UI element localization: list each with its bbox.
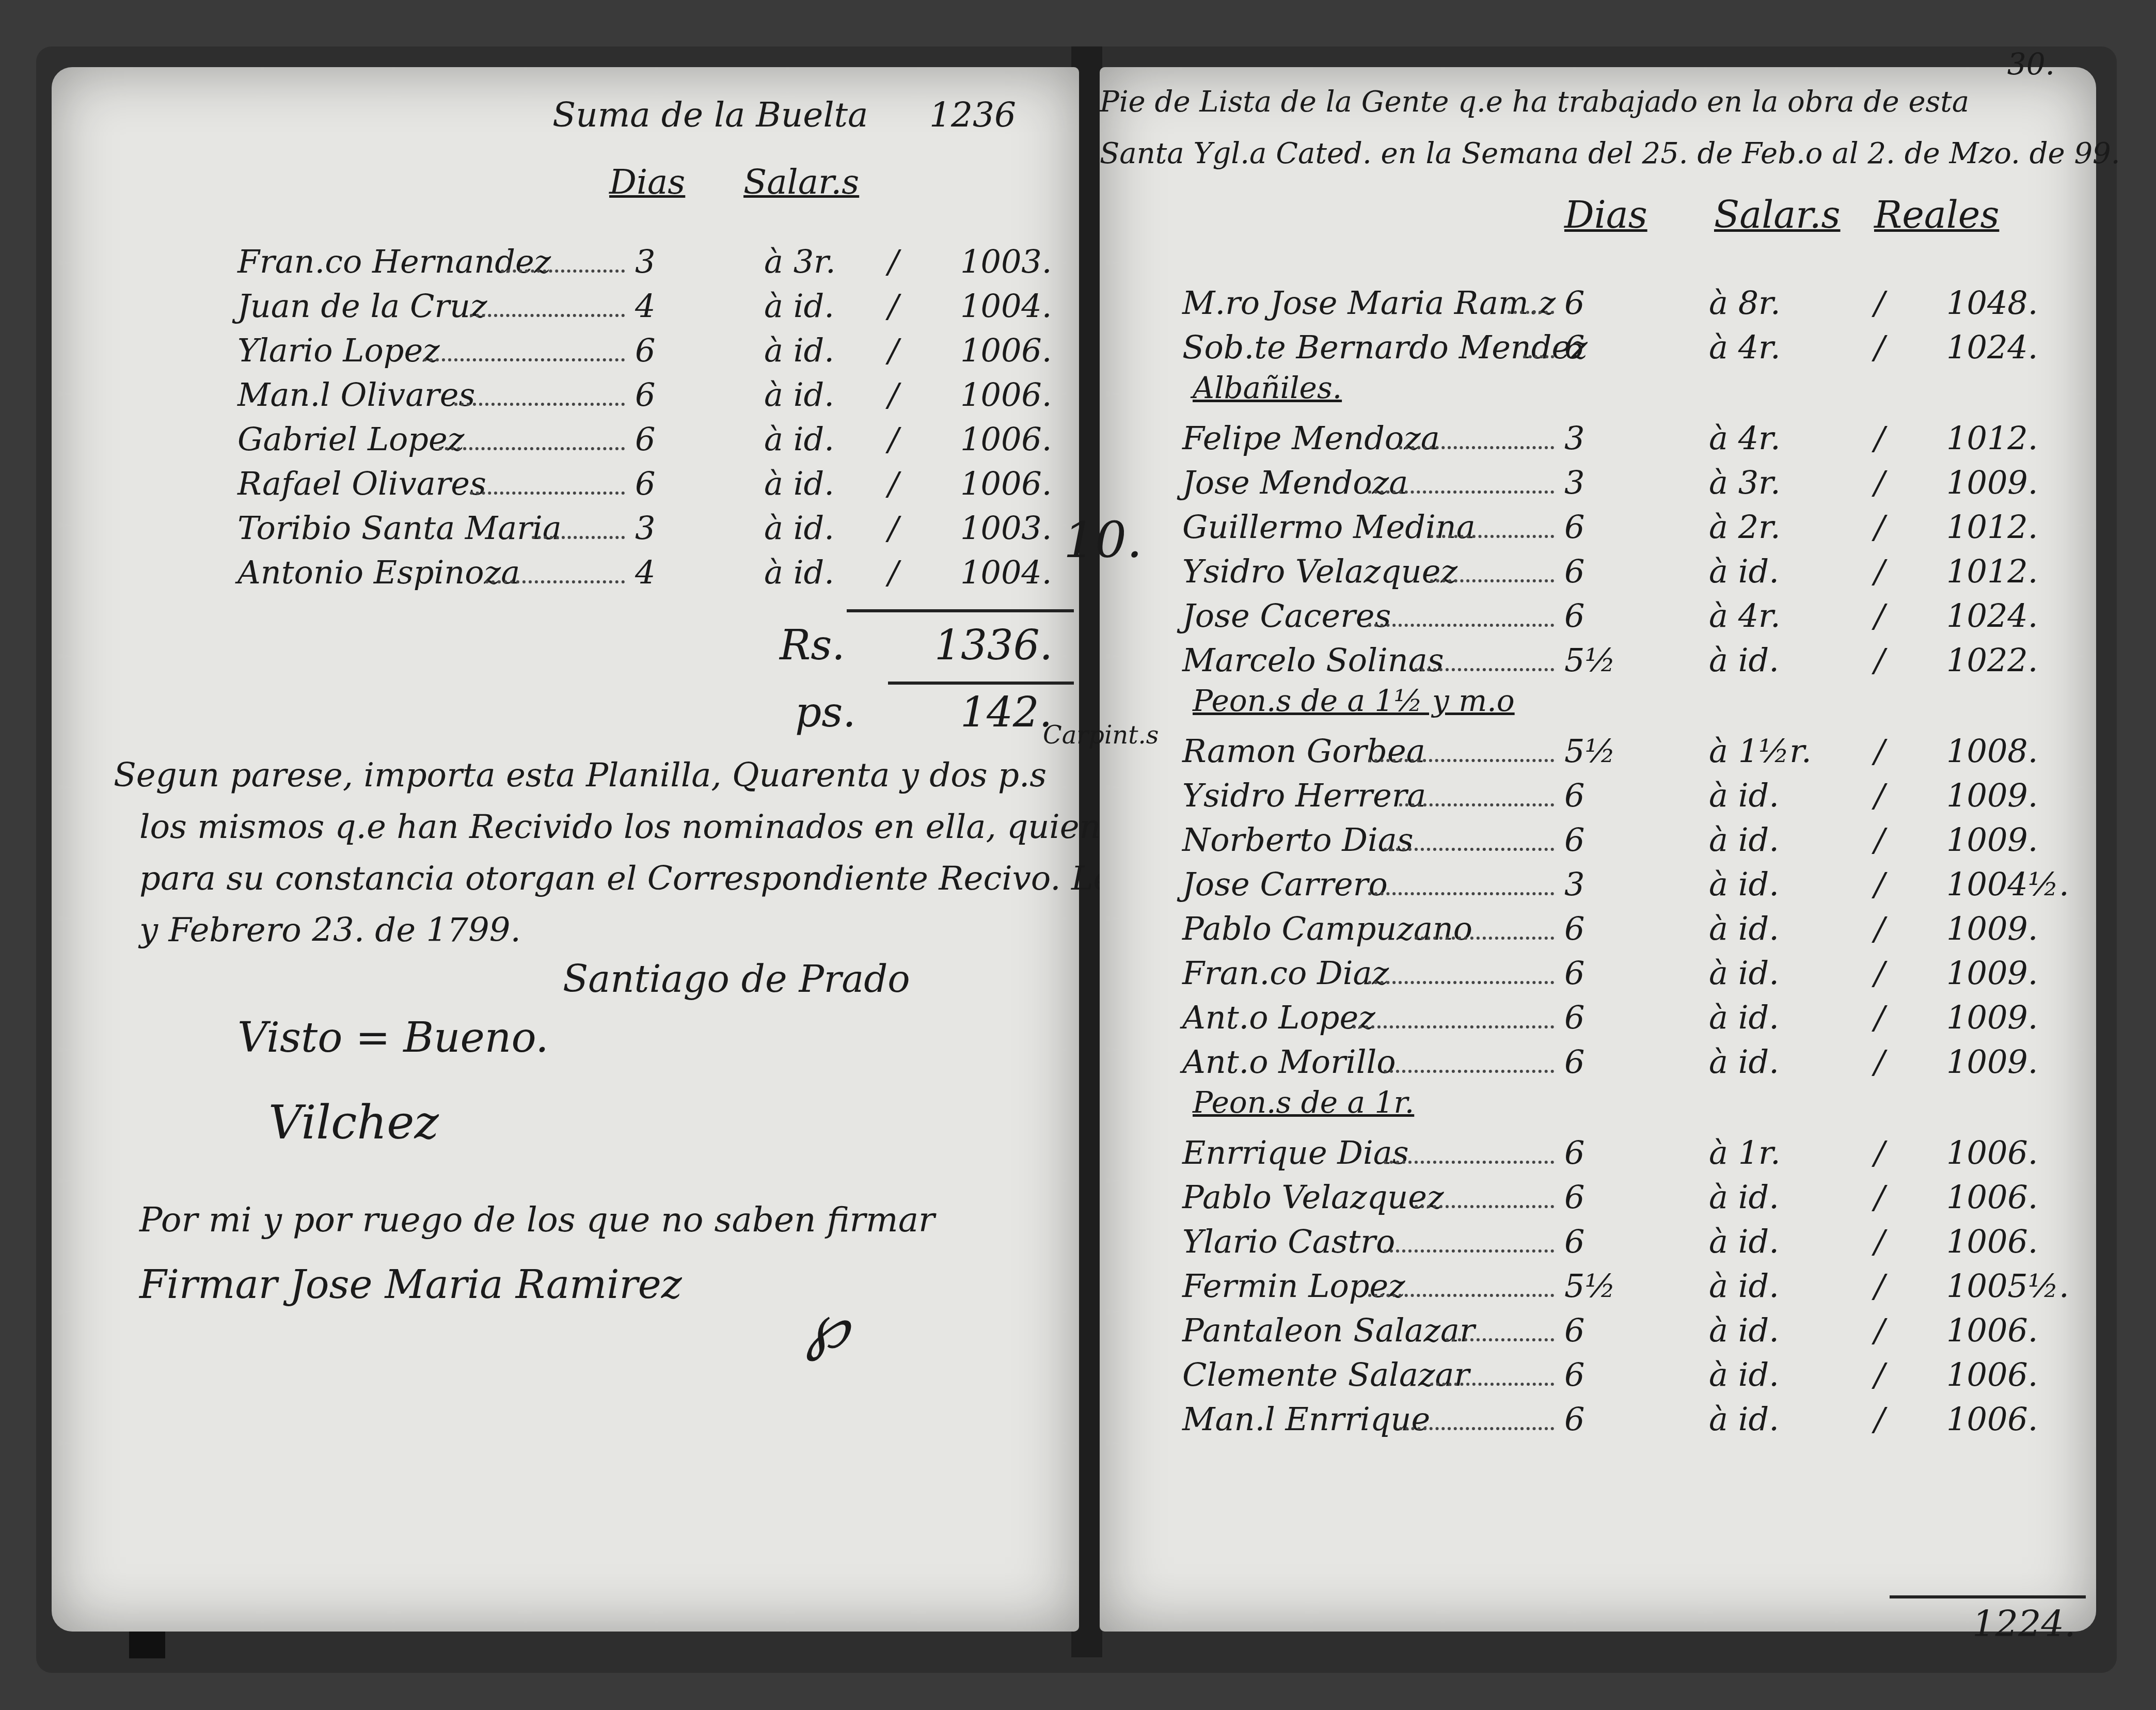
worker-name: Antonio Espinoza: [237, 553, 520, 591]
daily-wage: à id.: [1709, 821, 1779, 859]
peso-sign-icon: /: [1874, 552, 1885, 590]
amount-reales: 1009.: [1946, 464, 2038, 501]
peso-sign-icon: /: [1874, 464, 1885, 501]
page-number: 30.: [2007, 46, 2055, 82]
peso-sign-icon: /: [1874, 284, 1885, 322]
days-worked: 5½: [1564, 1267, 1616, 1305]
attestation-line-2: Firmar Jose Maria Ramirez: [139, 1265, 682, 1304]
amount-reales: 1022.: [1946, 641, 2038, 679]
peso-sign-icon: /: [1874, 821, 1885, 859]
ledger-row: Gabriel Lopez6à id.1006./: [52, 420, 1079, 462]
signature-vilchez: Vilchez: [268, 1100, 439, 1146]
amount-reales: 1006.: [1946, 1223, 2038, 1260]
days-worked: 5½: [1564, 732, 1616, 770]
dotted-leader: [1430, 535, 1554, 538]
peso-sign-icon: /: [1874, 1311, 1885, 1349]
ledger-row: Fermin Lopez5½à id.1005½./: [1100, 1267, 2096, 1308]
attestation-line-1: Por mi y por ruego de los que no saben f…: [139, 1203, 935, 1237]
ledger-row: Toribio Santa Maria3à id.1003./: [52, 509, 1079, 550]
dotted-leader: [1523, 355, 1554, 358]
approval-visto-bueno: Visto = Bueno.: [237, 1017, 549, 1058]
days-worked: 6: [1564, 284, 1584, 322]
amount-reales: 1009.: [1946, 821, 2038, 859]
statement-line-3: para su constancia otorgan el Correspond…: [139, 862, 1154, 895]
daily-wage: à id.: [1709, 910, 1779, 947]
carried-total-value: 1236: [929, 98, 1016, 132]
right-page: 30. Pie de Lista de la Gente q.e ha trab…: [1100, 67, 2096, 1632]
peso-sign-icon: /: [1874, 1043, 1885, 1081]
peso-sign-icon: /: [1874, 999, 1885, 1036]
worker-name: Marcelo Solinas: [1182, 641, 1444, 679]
ledger-row: Felipe Mendoza3à 4r.1012./: [1100, 419, 2096, 461]
peso-sign-icon: /: [1874, 865, 1885, 903]
dotted-leader: [1415, 1205, 1554, 1208]
days-worked: 6: [1564, 552, 1584, 590]
worker-name: Juan de la Cruz: [237, 287, 487, 325]
dotted-leader: [1446, 1338, 1554, 1341]
worker-name: Ysidro Velazquez: [1182, 552, 1457, 590]
ledger-row: M.ro Jose Maria Ram.z6à 8r.1048./: [1100, 284, 2096, 325]
amount-reales: 1005½.: [1946, 1267, 2069, 1305]
days-worked: 6: [1564, 328, 1584, 366]
ledger-row: Pablo Velazquez6à id.1006./: [1100, 1178, 2096, 1220]
daily-wage: à id.: [1709, 641, 1779, 679]
amount-reales: 1006.: [960, 465, 1052, 502]
heading-line-2: Santa Ygl.a Cated. en la Semana del 25. …: [1100, 139, 2120, 168]
amount-reales: 1006.: [1946, 1311, 2038, 1349]
ledger-row: Ant.o Morillo6à id.1009./: [1100, 1043, 2096, 1084]
worker-name: Fran.co Hernandez: [237, 243, 551, 280]
dotted-leader: [1415, 668, 1554, 671]
daily-wage: à id.: [1709, 777, 1779, 814]
days-worked: 6: [1564, 954, 1584, 992]
peso-sign-icon: /: [888, 420, 899, 458]
days-worked: 6: [1564, 508, 1584, 546]
amount-reales: 1008.: [1946, 732, 2038, 770]
amount-reales: 1004.: [960, 553, 1052, 591]
daily-wage: à 4r.: [1709, 597, 1781, 635]
peso-sign-icon: /: [888, 243, 899, 280]
sum-rule: [847, 609, 1074, 612]
daily-wage: à id.: [1709, 1400, 1779, 1438]
dotted-leader: [1368, 490, 1554, 494]
dotted-leader: [1384, 1249, 1554, 1253]
daily-wage: à id.: [1709, 865, 1779, 903]
peso-sign-icon: /: [1874, 641, 1885, 679]
worker-name: Enrrique Dias: [1182, 1134, 1409, 1171]
ledger-row: Jose Mendoza3à 3r.1009./: [1100, 464, 2096, 505]
column-header-salarios: Salar.s: [1714, 196, 1841, 233]
daily-wage: à id.: [1709, 999, 1779, 1036]
worker-name: Man.l Enrrique: [1182, 1400, 1430, 1438]
days-worked: 3: [1564, 419, 1584, 457]
worker-name: Gabriel Lopez: [237, 420, 464, 458]
dotted-leader: [1508, 311, 1554, 314]
peso-sign-icon: /: [1874, 1267, 1885, 1305]
section-heading: Peon.s de a 1½ y m.o: [1193, 686, 1515, 716]
ledger-row: Rafael Olivares6à id.1006./: [52, 465, 1079, 506]
amount-reales: 1048.: [1946, 284, 2038, 322]
dotted-leader: [1430, 579, 1554, 582]
days-worked: 6: [635, 331, 655, 369]
page-total-rule: [1890, 1595, 2086, 1598]
ledger-row: Ysidro Velazquez6à id.1012./: [1100, 552, 2096, 594]
column-header-dias: Dias: [1564, 196, 1647, 233]
ledger-row: Ylario Castro6à id.1006./: [1100, 1223, 2096, 1264]
ledger-row: Enrrique Dias6à 1r.1006./: [1100, 1134, 2096, 1175]
peso-sign-icon: /: [888, 287, 899, 325]
days-worked: 6: [635, 420, 655, 458]
carried-total-label: Suma de la Buelta: [552, 98, 868, 132]
amount-reales: 1009.: [1946, 999, 2038, 1036]
dotted-leader: [1399, 803, 1554, 806]
worker-name: Ysidro Herrera: [1182, 777, 1426, 814]
left-page: Suma de la Buelta 1236 Dias Salar.s Fran…: [52, 67, 1079, 1632]
peso-sign-icon: /: [888, 331, 899, 369]
amount-reales: 1009.: [1946, 1043, 2038, 1081]
statement-line-2: los mismos q.e han Recivido los nominado…: [139, 811, 1137, 844]
worker-name: Fran.co Diaz: [1182, 954, 1389, 992]
amount-reales: 1006.: [1946, 1134, 2038, 1171]
ledger-row: Fran.co Hernandez3à 3r.1003./: [52, 243, 1079, 284]
worker-name: Jose Mendoza: [1182, 464, 1408, 501]
dotted-leader: [1368, 1294, 1554, 1297]
daily-wage: à id.: [1709, 1178, 1779, 1216]
amount-reales: 1009.: [1946, 910, 2038, 947]
peso-sign-icon: /: [1874, 1400, 1885, 1438]
days-worked: 4: [635, 287, 655, 325]
amount-reales: 1003.: [960, 243, 1052, 280]
amount-reales: 1006.: [1946, 1178, 2038, 1216]
days-worked: 6: [1564, 1223, 1584, 1260]
worker-name: Man.l Olivares: [237, 376, 475, 414]
worker-name: Sob.te Bernardo Mendez: [1182, 328, 1588, 366]
daily-wage: à 4r.: [1709, 419, 1781, 457]
amount-reales: 1024.: [1946, 597, 2038, 635]
peso-sign-icon: /: [1874, 1223, 1885, 1260]
peso-sign-icon: /: [1874, 732, 1885, 770]
dotted-leader: [1384, 1161, 1554, 1164]
total-reales: 1336.: [934, 625, 1053, 666]
column-header-dias: Dias: [609, 165, 685, 199]
dotted-leader: [1353, 1025, 1554, 1028]
days-worked: 3: [1564, 865, 1584, 903]
dotted-leader: [1384, 848, 1554, 851]
amount-reales: 1012.: [1946, 508, 2038, 546]
amount-reales: 1006.: [960, 376, 1052, 414]
dotted-leader: [470, 314, 625, 317]
days-worked: 3: [635, 243, 655, 280]
worker-name: Ant.o Morillo: [1182, 1043, 1396, 1081]
ledger-row: Marcelo Solinas5½à id.1022./: [1100, 641, 2096, 683]
dotted-leader: [1368, 981, 1554, 984]
worker-name: Pablo Campuzano: [1182, 910, 1472, 947]
worker-name: Guillermo Medina: [1182, 508, 1476, 546]
worker-name: Rafael Olivares: [237, 465, 486, 502]
worker-name: M.ro Jose Maria Ram.z: [1182, 284, 1556, 322]
days-worked: 6: [1564, 1043, 1584, 1081]
days-worked: 6: [635, 465, 655, 502]
days-worked: 5½: [1564, 641, 1616, 679]
amount-reales: 1006.: [1946, 1400, 2038, 1438]
column-header-reales: Reales: [1874, 196, 1999, 233]
daily-wage: à id.: [1709, 1043, 1779, 1081]
daily-wage: à id.: [1709, 1223, 1779, 1260]
total-pesos: 142.: [960, 692, 1052, 733]
daily-wage: à id.: [764, 465, 834, 502]
worker-name: Pantaleon Salazar: [1182, 1311, 1475, 1349]
amount-reales: 1009.: [1946, 954, 2038, 992]
amount-reales: 1006.: [960, 420, 1052, 458]
peso-sign-icon: /: [1874, 1134, 1885, 1171]
daily-wage: à id.: [764, 420, 834, 458]
ledger-row: Fran.co Diaz6à id.1009./: [1100, 954, 2096, 995]
days-worked: 6: [635, 376, 655, 414]
ledger-row: Antonio Espinoza4à id.1004./: [52, 553, 1079, 595]
daily-wage: à 1½r.: [1709, 732, 1812, 770]
daily-wage: à id.: [764, 509, 834, 547]
amount-reales: 1006.: [1946, 1356, 2038, 1394]
amount-reales: 1006.: [960, 331, 1052, 369]
days-worked: 6: [1564, 910, 1584, 947]
days-worked: 6: [1564, 999, 1584, 1036]
dotted-leader: [1430, 1383, 1554, 1386]
dotted-leader: [1368, 759, 1554, 762]
worker-name: Fermin Lopez: [1182, 1267, 1405, 1305]
worker-name: Ylario Castro: [1182, 1223, 1395, 1260]
dotted-leader: [1399, 446, 1554, 449]
worker-name: Toribio Santa Maria: [237, 509, 562, 547]
daily-wage: à 8r.: [1709, 284, 1781, 322]
peso-sign-icon: /: [888, 509, 899, 547]
ledger-row: Sob.te Bernardo Mendez6à 4r.1024./: [1100, 328, 2096, 370]
daily-wage: à id.: [764, 376, 834, 414]
worker-name: Felipe Mendoza: [1182, 419, 1440, 457]
daily-wage: à id.: [764, 553, 834, 591]
peso-sign-icon: /: [1874, 1356, 1885, 1394]
worker-name: Clemente Salazar: [1182, 1356, 1469, 1394]
days-worked: 6: [1564, 1178, 1584, 1216]
dotted-leader: [470, 492, 625, 495]
worker-name: Ramon Gorbea: [1182, 732, 1425, 770]
days-worked: 4: [635, 553, 655, 591]
peso-sign-icon: /: [1874, 910, 1885, 947]
days-worked: 6: [1564, 1311, 1584, 1349]
ledger-row: Jose Carrero3à id.1004½./: [1100, 865, 2096, 907]
daily-wage: à id.: [1709, 1356, 1779, 1394]
dotted-leader: [454, 403, 625, 406]
ledger-row: Man.l Enrrique6à id.1006./: [1100, 1400, 2096, 1442]
ledger-row: Guillermo Medina6à 2r.1012./: [1100, 508, 2096, 549]
ledger-row: Ylario Lopez6à id.1006./: [52, 331, 1079, 373]
ledger-row: Jose Caceres6à 4r.1024./: [1100, 597, 2096, 638]
dotted-leader: [1415, 937, 1554, 940]
statement-date-line: y Febrero 23. de 1799.: [139, 914, 521, 947]
peso-sign-icon: /: [1874, 777, 1885, 814]
peso-sign-icon: /: [1874, 954, 1885, 992]
dotted-leader: [439, 447, 625, 450]
ledger-row: Norberto Dias6à id.1009./: [1100, 821, 2096, 862]
total-reales-label: Rs.: [780, 625, 845, 666]
dotted-leader: [501, 270, 625, 273]
days-worked: 6: [1564, 777, 1584, 814]
column-header-salarios: Salar.s: [743, 165, 859, 199]
worker-name: Pablo Velazquez: [1182, 1178, 1444, 1216]
daily-wage: à id.: [764, 287, 834, 325]
ledger-row: Man.l Olivares6à id.1006./: [52, 376, 1079, 417]
amount-reales: 1004.: [960, 287, 1052, 325]
days-worked: 6: [1564, 1400, 1584, 1438]
days-worked: 6: [1564, 597, 1584, 635]
worker-name: Jose Caceres: [1182, 597, 1391, 635]
worker-name: Jose Carrero: [1182, 865, 1388, 903]
ledger-row: Ramon Gorbea5½à 1½r.1008./: [1100, 732, 2096, 773]
worker-name: Norberto Dias: [1182, 821, 1414, 859]
daily-wage: à id.: [764, 331, 834, 369]
daily-wage: à 4r.: [1709, 328, 1781, 366]
total-pesos-label: ps.: [795, 692, 856, 733]
rubric-flourish-icon: ℘: [805, 1296, 849, 1358]
days-worked: 3: [635, 509, 655, 547]
daily-wage: à id.: [1709, 1267, 1779, 1305]
ledger-row: Pablo Campuzano6à id.1009./: [1100, 910, 2096, 951]
heading-line-1: Pie de Lista de la Gente q.e ha trabajad…: [1100, 88, 1969, 117]
ledger-row: Pantaleon Salazar6à id.1006./: [1100, 1311, 2096, 1353]
ledger-row: Clemente Salazar6à id.1006./: [1100, 1356, 2096, 1397]
ledger-row: Ant.o Lopez6à id.1009./: [1100, 999, 2096, 1040]
dotted-leader: [1368, 892, 1554, 895]
statement-line-1: Segun parese, importa esta Planilla, Qua…: [114, 759, 1047, 792]
dotted-leader: [1399, 1427, 1554, 1430]
page-total: 1224.: [1972, 1606, 2075, 1642]
dotted-leader: [532, 536, 625, 539]
daily-wage: à 1r.: [1709, 1134, 1781, 1171]
daily-wage: à id.: [1709, 552, 1779, 590]
daily-wage: à 3r.: [1709, 464, 1781, 501]
peso-sign-icon: /: [1874, 597, 1885, 635]
amount-reales: 1009.: [1946, 777, 2038, 814]
peso-sign-icon: /: [1874, 419, 1885, 457]
daily-wage: à 3r.: [764, 243, 836, 280]
dotted-leader: [423, 358, 625, 361]
amount-reales: 1004½.: [1946, 865, 2069, 903]
dotted-leader: [485, 580, 625, 583]
daily-wage: à id.: [1709, 954, 1779, 992]
section-heading: Peon.s de a 1r.: [1193, 1087, 1414, 1117]
peso-sign-icon: /: [1874, 328, 1885, 366]
daily-wage: à 2r.: [1709, 508, 1781, 546]
days-worked: 6: [1564, 1356, 1584, 1394]
dotted-leader: [1384, 1070, 1554, 1073]
daily-wage: à id.: [1709, 1311, 1779, 1349]
worker-name: Ant.o Lopez: [1182, 999, 1375, 1036]
amount-reales: 1012.: [1946, 552, 2038, 590]
peso-sign-icon: /: [888, 465, 899, 502]
days-worked: 6: [1564, 821, 1584, 859]
peso-sign-icon: /: [1874, 1178, 1885, 1216]
amount-reales: 1012.: [1946, 419, 2038, 457]
peso-sign-icon: /: [888, 376, 899, 414]
sum-rule-2: [888, 682, 1074, 685]
section-heading: Albañiles.: [1193, 373, 1342, 403]
ledger-row: Ysidro Herrera6à id.1009./: [1100, 777, 2096, 818]
peso-sign-icon: /: [888, 553, 899, 591]
amount-reales: 1003.: [960, 509, 1052, 547]
dotted-leader: [1368, 624, 1554, 627]
peso-sign-icon: /: [1874, 508, 1885, 546]
ledger-row: Juan de la Cruz4à id.1004./: [52, 287, 1079, 328]
amount-reales: 1024.: [1946, 328, 2038, 366]
days-worked: 6: [1564, 1134, 1584, 1171]
days-worked: 3: [1564, 464, 1584, 501]
worker-name: Ylario Lopez: [237, 331, 440, 369]
signature-santiago-de-prado: Santiago de Prado: [563, 960, 910, 997]
